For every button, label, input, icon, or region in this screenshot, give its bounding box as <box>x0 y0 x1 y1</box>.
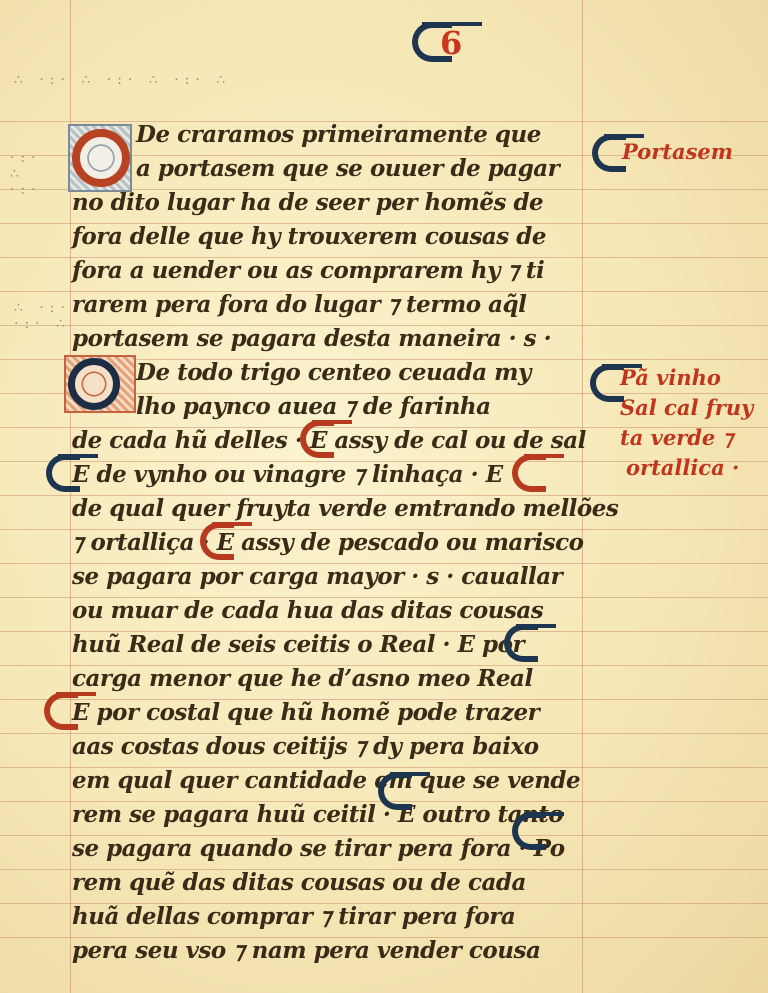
paraph-mark-icon <box>46 454 80 492</box>
text-line: rarem pera fora do lugar ⁊ termo aq̃l <box>72 288 526 322</box>
text-line: rem se pagara huũ ceitil · E outro tanto <box>72 798 563 832</box>
text-line: De craramos primeiramente que <box>136 118 541 152</box>
text-line: em qual quer cantidade em que se vende <box>72 764 580 798</box>
paraph-mark-icon <box>504 624 538 662</box>
text-line: no dito lugar ha de seer per homẽs de <box>72 186 543 220</box>
illuminated-initial-d <box>68 124 132 192</box>
text-line: fora delle que hy trouxerem cousas de <box>72 220 546 254</box>
paraph-mark-icon <box>44 692 78 730</box>
text-line: E de vynho ou vinagre ⁊ linhaça · E <box>72 458 503 492</box>
folio-number-text: 6 <box>440 24 462 62</box>
text-line: pera seu vso ⁊ nam pera vender cousa <box>72 934 540 968</box>
marginal-rubric-line: ta verde ⁊ <box>620 424 733 452</box>
text-line: huũ Real de seis ceitis o Real · E por <box>72 628 524 662</box>
marginal-rubric-line: ortallica · <box>626 454 739 482</box>
illuminated-initial-d-second <box>64 355 136 413</box>
text-line: aas costas dous ceitijs ⁊ dy pera baixo <box>72 730 539 764</box>
pen-flourish: ·:·∴·:· <box>10 150 42 198</box>
paraph-mark-icon <box>300 420 334 458</box>
text-line: portasem se pagara desta maneira · s · <box>72 322 551 356</box>
paraph-mark-icon <box>512 454 546 492</box>
text-line: se pagara quando se tirar pera fora · Po <box>72 832 565 866</box>
folio-number: 6 <box>412 22 482 64</box>
text-line: E por costal que hũ homẽ pode trazer <box>72 696 539 730</box>
paraph-mark-icon <box>592 134 626 172</box>
text-line: huã dellas comprar ⁊ tirar pera fora <box>72 900 515 934</box>
text-line: lho paynco auea ⁊ de farinha <box>136 390 491 424</box>
text-line: ⁊ ortalliça · E assy de pescado ou maris… <box>72 526 583 560</box>
initial-ring <box>72 129 130 187</box>
text-line: a portasem que se ouuer de pagar <box>136 152 559 186</box>
marginal-rubric-line: Pã vinho <box>620 364 721 392</box>
paraph-mark-icon <box>512 812 546 850</box>
marginal-rubric-portasem: Portasem <box>622 138 733 166</box>
pen-flourish: ∴ ·:· ∴ ·:· ∴ ·:· ∴ <box>14 72 231 88</box>
text-line: carga menor que he d’asno meo Real <box>72 662 533 696</box>
paraph-mark-icon <box>378 772 412 810</box>
text-line: fora a uender ou as comprarem hy ⁊ ti <box>72 254 544 288</box>
text-line: De todo trigo centeo ceuada my <box>136 356 531 390</box>
marginal-rubric-line: Sal cal fruy <box>620 394 753 422</box>
text-line: se pagara por carga mayor · s · cauallar <box>72 560 562 594</box>
text-line: ou muar de cada hua das ditas cousas <box>72 594 543 628</box>
pen-flourish: ∴ ·:··:· ∴ <box>14 300 71 332</box>
paraph-mark-icon <box>200 522 234 560</box>
paraph-mark-icon <box>590 364 624 402</box>
text-line: de qual quer fruyta verde emtrando mellõ… <box>72 492 618 526</box>
initial-ring <box>68 358 120 410</box>
text-line: rem quẽ das ditas cousas ou de cada <box>72 866 526 900</box>
